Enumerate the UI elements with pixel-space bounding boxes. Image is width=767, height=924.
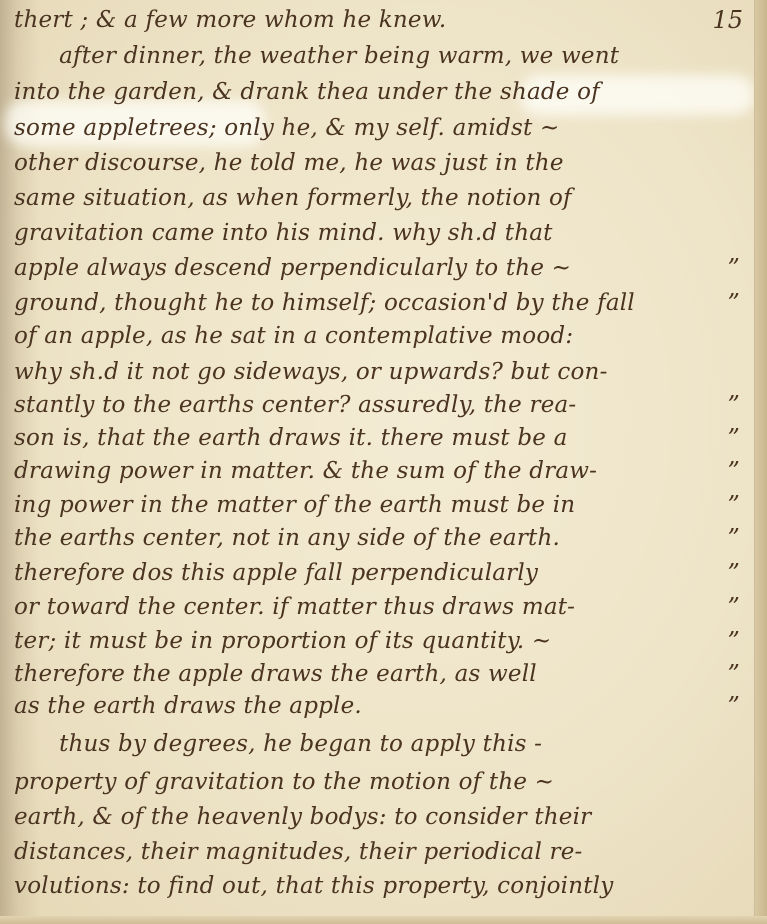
page-right-edge: [754, 0, 767, 924]
text-line: into the garden, & drank thea under the …: [14, 72, 744, 112]
text-line: of an apple, as he sat in a contemplativ…: [14, 316, 744, 356]
text-line: earth, & of the heavenly bodys: to consi…: [14, 797, 744, 837]
text-line: apple always descend perpendicularly to …: [14, 248, 744, 288]
text-line: some appletrees; only he, & my self. ami…: [14, 108, 744, 148]
line-text: some appletrees; only he, & my self. ami…: [14, 108, 559, 148]
quote-mark: ”: [728, 686, 740, 726]
manuscript-page: 15 thert ; & a few more whom he knew. af…: [0, 0, 767, 924]
text-line: thus by degrees, he began to apply this …: [14, 724, 744, 764]
text-line: same situation, as when formerly, the no…: [14, 178, 744, 218]
line-text: gravitation came into his mind. why sh.d…: [14, 213, 553, 253]
text-line: thert ; & a few more whom he knew.: [14, 0, 744, 40]
line-text: of an apple, as he sat in a contemplativ…: [14, 316, 573, 356]
line-text: earth, & of the heavenly bodys: to consi…: [14, 797, 591, 837]
text-line: the earths center, not in any side of th…: [14, 518, 744, 558]
text-line: after dinner, the weather being warm, we…: [14, 36, 744, 76]
text-line: property of gravitation to the motion of…: [14, 762, 744, 802]
line-text: apple always descend perpendicularly to …: [14, 248, 571, 288]
line-text: same situation, as when formerly, the no…: [14, 178, 572, 218]
line-text: thert ; & a few more whom he knew.: [14, 0, 446, 40]
line-text: thus by degrees, he began to apply this …: [14, 724, 542, 764]
text-line: volutions: to find out, that this proper…: [14, 866, 744, 906]
text-line: as the earth draws the apple.”: [14, 686, 744, 726]
line-text: volutions: to find out, that this proper…: [14, 866, 613, 906]
text-line: other discourse, he told me, he was just…: [14, 143, 744, 183]
quote-mark: ”: [728, 518, 740, 558]
line-text: as the earth draws the apple.: [14, 686, 362, 726]
line-text: the earths center, not in any side of th…: [14, 518, 560, 558]
line-text: after dinner, the weather being warm, we…: [14, 36, 619, 76]
text-line: gravitation came into his mind. why sh.d…: [14, 213, 744, 253]
line-text: other discourse, he told me, he was just…: [14, 143, 564, 183]
line-text: into the garden, & drank thea under the …: [14, 72, 600, 112]
quote-mark: ”: [728, 248, 740, 288]
line-text: property of gravitation to the motion of…: [14, 762, 554, 802]
page-bottom-edge: [0, 916, 767, 924]
